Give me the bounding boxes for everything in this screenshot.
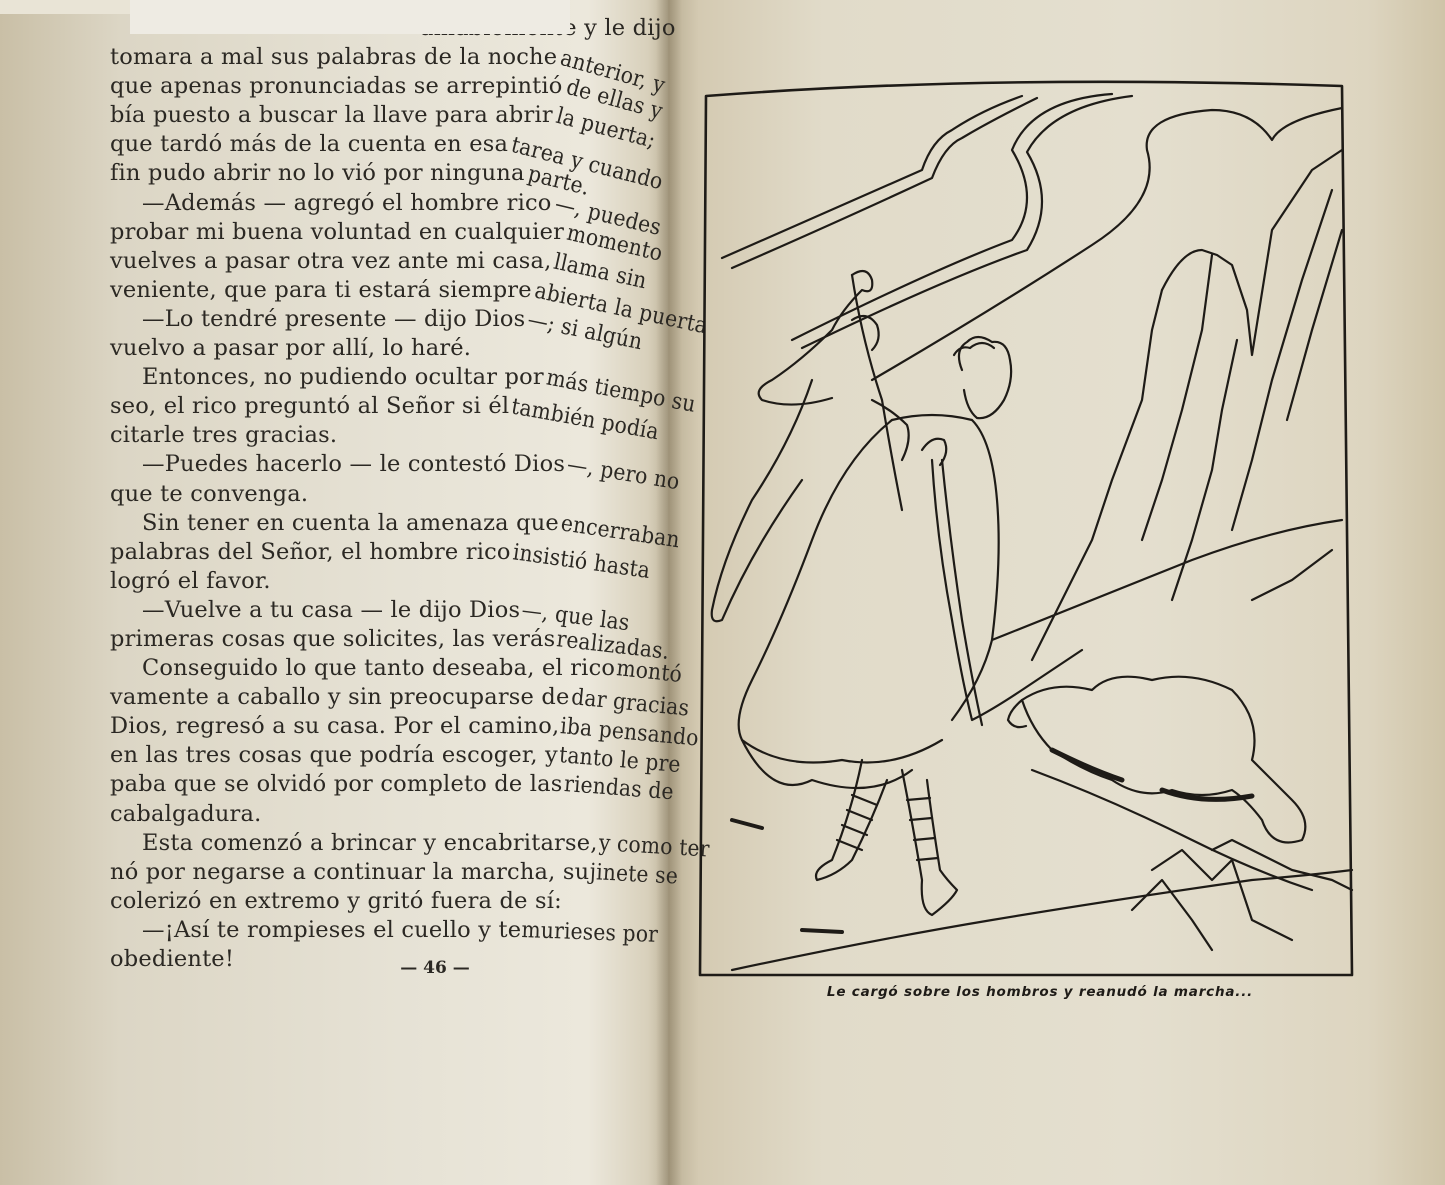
text-line-main: paba que se olvidó por completo de las: [110, 771, 563, 797]
text-line-main: seo, el rico preguntó al Señor si él: [110, 393, 509, 419]
text-line-main: palabras del Señor, el hombre rico: [110, 539, 511, 565]
text-line-main: obediente!: [110, 946, 234, 972]
text-line-main: Conseguido lo que tanto deseaba, el rico: [142, 655, 615, 681]
text-line-main: vamente a caballo y sin preocuparse de: [110, 684, 570, 710]
text-line: probar mi buena voluntad en cualquier mo…: [110, 218, 670, 247]
text-line: colerizó en extremo y gritó fuera de sí:: [110, 887, 670, 916]
text-line: en las tres cosas que podría escoger, y …: [110, 741, 670, 770]
text-line-main: que te convenga.: [110, 481, 308, 507]
text-line-main: vuelves a pasar otra vez ante mi casa,: [110, 248, 551, 274]
text-line-gutter-tail: murieses por: [521, 916, 659, 950]
text-line-main: bía puesto a buscar la llave para abrir: [110, 102, 553, 128]
reins: [932, 460, 1082, 720]
fallen-horse: [1022, 677, 1305, 843]
text-line-main: primeras cosas que solicites, las verás: [110, 626, 555, 652]
text-line: —¡Así te rompieses el cuello y te muries…: [110, 916, 670, 945]
text-line-main: logró el favor.: [110, 568, 271, 594]
text-line-main: fin pudo abrir no lo vió por ninguna: [110, 160, 525, 186]
sky-ribbon: [722, 96, 1022, 258]
text-line-gutter-tail: jinete se: [589, 858, 679, 892]
text-line-main: —¡Así te rompieses el cuello y te: [142, 917, 521, 943]
text-line: que te convenga.: [110, 480, 670, 509]
tunic: [892, 415, 999, 720]
text-line: Dios, regresó a su casa. Por el camino, …: [110, 712, 670, 741]
text-line-main: colerizó en extremo y gritó fuera de sí:: [110, 888, 562, 914]
text-line-main: cabalgadura.: [110, 801, 261, 827]
text-line-main: nó por negarse a continuar la marcha, su: [110, 859, 589, 885]
redacted-top-strip: [130, 0, 570, 34]
cropped-edge: [0, 0, 130, 14]
illustration-caption: Le cargó sobre los hombros y reanudó la …: [760, 984, 1320, 1000]
text-line-main: —Además — agregó el hombre rico: [142, 190, 552, 216]
text-line-main: vuelvo a pasar por allí, lo haré.: [110, 335, 471, 361]
text-line-main: citarle tres gracias.: [110, 422, 337, 448]
book-spread: amablemente y le dijotomara a mal sus pa…: [0, 0, 1445, 1185]
ground-shadow: [732, 820, 842, 932]
text-line: tomara a mal sus palabras de la noche an…: [110, 43, 670, 72]
text-line: Sin tener en cuenta la amenaza que encer…: [110, 509, 670, 538]
illustration: [692, 80, 1362, 980]
right-leg: [902, 770, 957, 915]
text-line-main: —Lo tendré presente — dijo Dios: [142, 306, 525, 332]
text-line-main: Dios, regresó a su casa. Por el camino,: [110, 713, 559, 739]
illustration-frame: [700, 82, 1352, 975]
text-line: cabalgadura.: [110, 800, 670, 829]
text-line-main: Entonces, no pudiendo ocultar por: [142, 364, 544, 390]
text-line-main: —Puedes hacerlo — le contestó Dios: [142, 451, 565, 477]
text-line: —Vuelve a tu casa — le dijo Dios —, que …: [110, 596, 670, 625]
text-line-main: Esta comenzó a brincar y encabritarse,: [142, 830, 598, 856]
text-line: paba que se olvidó por completo de las r…: [110, 770, 670, 799]
text-line-main: Sin tener en cuenta la amenaza que: [142, 510, 559, 536]
text-line: primeras cosas que solicites, las verás …: [110, 625, 670, 654]
text-line-main: en las tres cosas que podría escoger, y: [110, 742, 558, 768]
left-leg: [816, 760, 887, 880]
text-line: nó por negarse a continuar la marcha, su…: [110, 858, 670, 887]
text-line-main: —Vuelve a tu casa — le dijo Dios: [142, 597, 520, 623]
text-line: Entonces, no pudiendo ocultar por más ti…: [110, 363, 670, 392]
text-line: —Puedes hacerlo — le contestó Dios —, pe…: [110, 450, 670, 479]
mountain-peak: [1162, 150, 1342, 355]
text-line: Conseguido lo que tanto deseaba, el rico…: [110, 654, 670, 683]
figure-head: [959, 337, 1011, 418]
text-line-main: tomara a mal sus palabras de la noche: [110, 44, 557, 70]
text-line-main: probar mi buena voluntad en cualquier: [110, 219, 564, 245]
text-line-main: que tardó más de la cuenta en esa: [110, 131, 508, 157]
text-line-main: veniente, que para ti estará siempre: [110, 277, 532, 303]
text-line-main: que apenas pronunciadas se arrepintió: [110, 73, 563, 99]
text-line: vamente a caballo y sin preocuparse de d…: [110, 683, 670, 712]
page-number: — 46 —: [385, 958, 485, 978]
text-line: que apenas pronunciadas se arrepintió de…: [110, 72, 670, 101]
left-page-text: amablemente y le dijotomara a mal sus pa…: [110, 14, 670, 974]
illustration-drawing: [692, 80, 1362, 980]
text-line: Esta comenzó a brincar y encabritarse, y…: [110, 829, 670, 858]
